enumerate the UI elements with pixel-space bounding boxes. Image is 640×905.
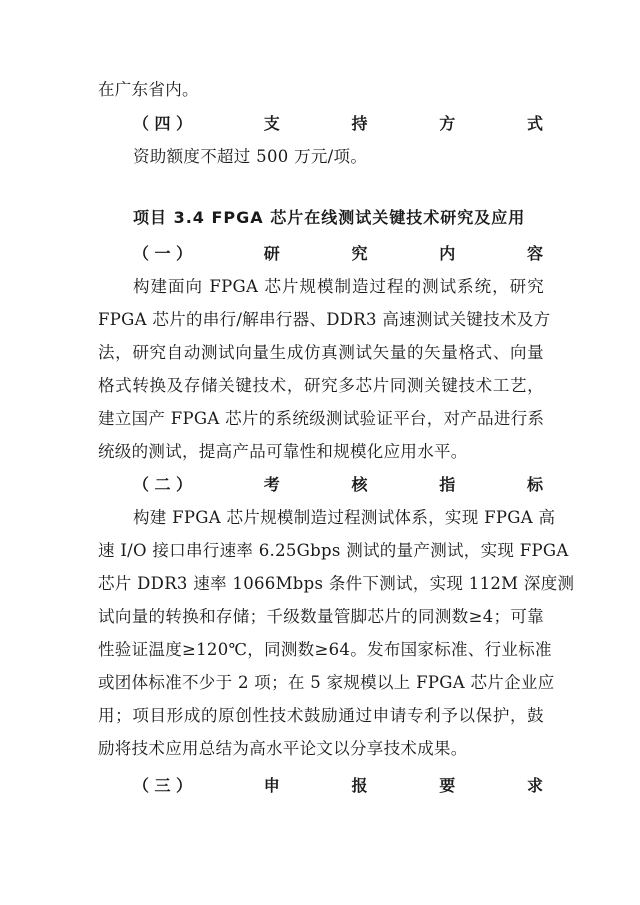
research-line: 统级的测试，提高产品可靠性和规模化应用水平。 — [98, 442, 544, 462]
section-heading-requirements: （三）申报要求 — [133, 776, 544, 796]
research-line: 构建面向 FPGA 芯片规模制造过程的测试系统，研究 — [133, 277, 544, 297]
section-heading-indicators: （二）考核指标 — [133, 475, 544, 495]
section-title: 支持方式 — [193, 114, 544, 133]
indicator-line: 速 I/O 接口串行速率 6.25Gbps 测试的量产测试，实现 FPGA — [98, 541, 544, 561]
indicator-line: 构建 FPGA 芯片规模制造过程测试体系，实现 FPGA 高 — [133, 508, 544, 528]
indicator-line: 性验证温度≥120℃，同测数≥64。发布国家标准、行业标准 — [98, 640, 544, 660]
research-line: 建立国产 FPGA 芯片的系统级测试验证平台，对产品进行系 — [98, 409, 544, 429]
section-heading-research: （一）研究内容 — [133, 244, 544, 264]
section-number: （三） — [133, 776, 193, 796]
indicator-line: 试向量的转换和存储；千级数量管脚芯片的同测数≥4；可靠 — [98, 607, 544, 627]
research-line: 法，研究自动测试向量生成仿真测试矢量的矢量格式、向量 — [98, 343, 544, 363]
support-text: 资助额度不超过 500 万元/项。 — [133, 147, 544, 167]
research-line: 格式转换及存储关键技术，研究多芯片同测关键技术工艺， — [98, 376, 544, 396]
section-title: 研究内容 — [193, 244, 544, 263]
section-title: 考核指标 — [193, 475, 544, 494]
section-title: 申报要求 — [193, 776, 544, 795]
project-title: 项目 3.4 FPGA 芯片在线测试关键技术研究及应用 — [133, 208, 544, 228]
section-number: （一） — [133, 244, 193, 264]
indicator-line: 或团体标准不少于 2 项；在 5 家规模以上 FPGA 芯片企业应 — [98, 673, 544, 693]
section-heading-support: （四）支持方式 — [133, 114, 544, 134]
paragraph-tail: 在广东省内。 — [98, 80, 544, 100]
indicator-line: 励将技术应用总结为高水平论文以分享技术成果。 — [98, 739, 544, 759]
indicator-line: 芯片 DDR3 速率 1066Mbps 条件下测试，实现 112M 深度测 — [98, 574, 544, 594]
section-number: （二） — [133, 475, 193, 495]
section-number: （四） — [133, 114, 193, 134]
indicator-line: 用；项目形成的原创性技术鼓励通过申请专利予以保护，鼓 — [98, 706, 544, 726]
research-line: FPGA 芯片的串行/解串行器、DDR3 高速测试关键技术及方 — [98, 310, 544, 330]
